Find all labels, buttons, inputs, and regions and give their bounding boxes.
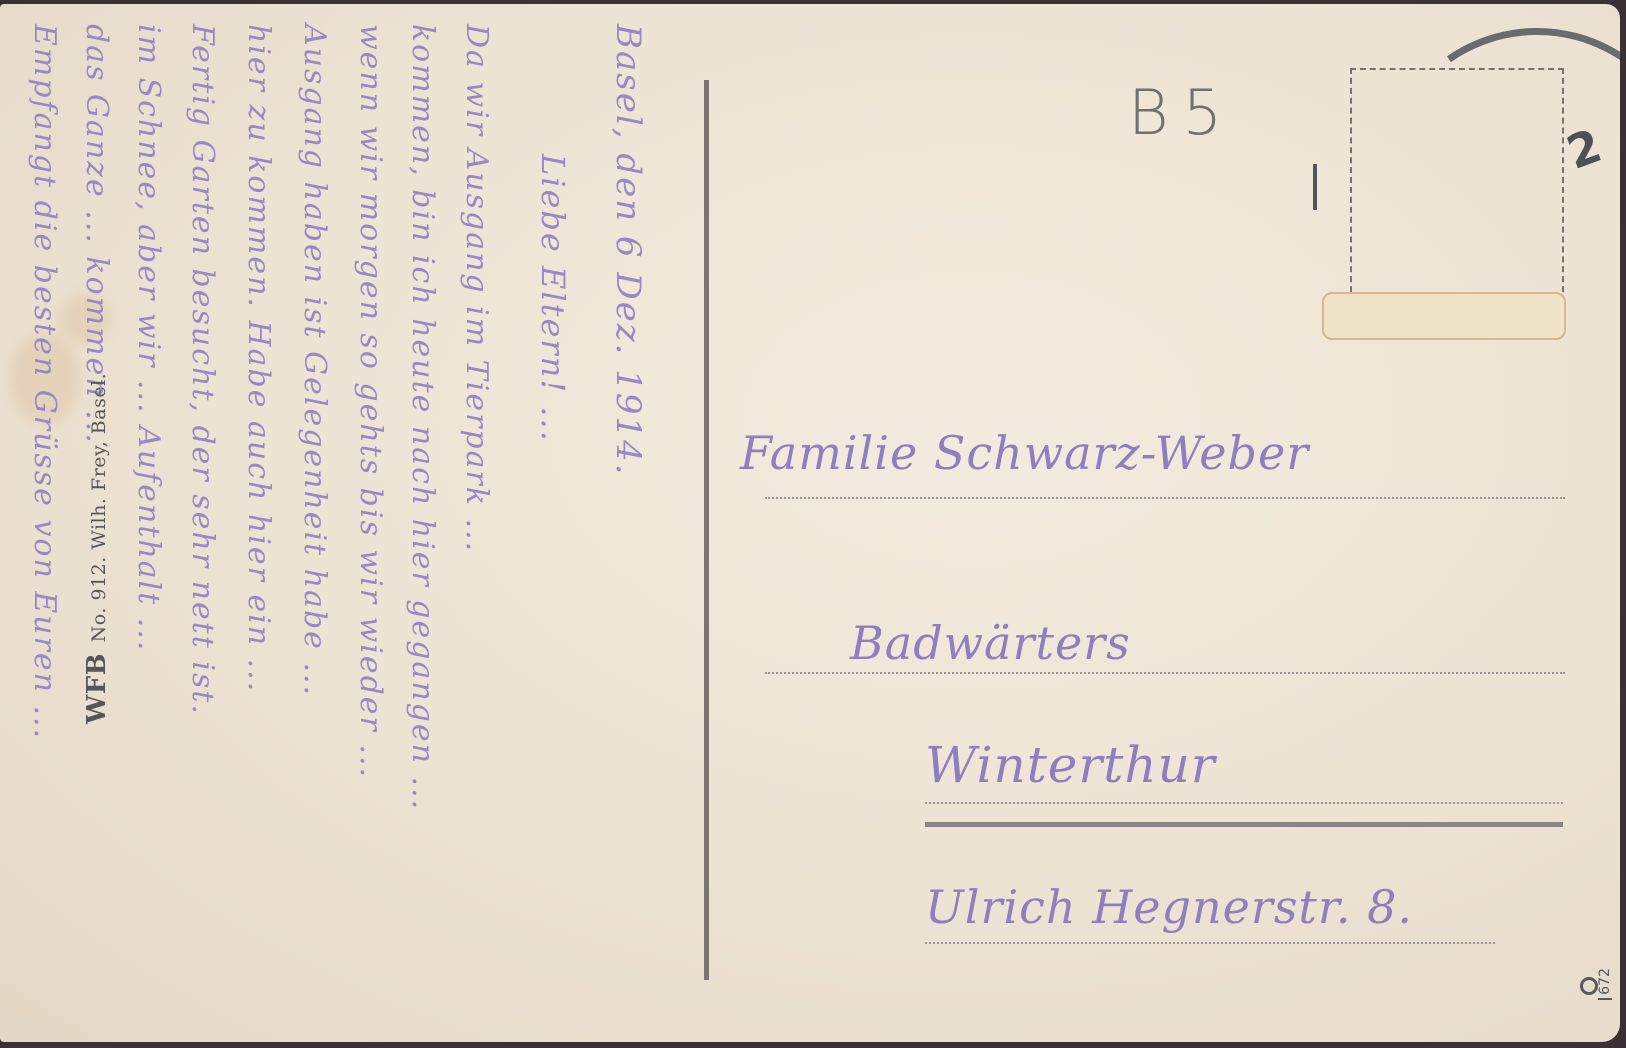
message-line: Da wir Ausgang im Tierpark ...: [459, 24, 494, 553]
message-line: Fertig Garten besucht, der sehr nett ist…: [185, 24, 220, 716]
postcard-back: Basel, den 6 Dez. 1914. Liebe Eltern! ..…: [0, 4, 1620, 1042]
message-line: hier zu kommen. Habe auch hier ein ...: [241, 24, 276, 693]
message-line: Ausgang haben ist Gelegenheit habe ...: [297, 24, 332, 697]
message-line: Empfangt die besten Grüsse von Euren ...: [27, 24, 62, 740]
address-rule: [925, 942, 1495, 944]
printer-imprint: WFB No. 912. Wilh. Frey, Basel.: [82, 373, 112, 724]
address-rule: [765, 497, 1565, 499]
pencil-note: B5: [1128, 76, 1236, 149]
message-line: wenn wir morgen so gehts bis wir wieder …: [353, 24, 388, 779]
message-line: kommen, bin ich heute nach hier gegangen…: [405, 24, 440, 811]
publisher-logo: WFB: [82, 653, 112, 724]
address-rule-solid: [925, 822, 1563, 827]
catalog-circle-icon: [1580, 977, 1598, 995]
message-dateline: Basel, den 6 Dez. 1914.: [608, 24, 648, 477]
message-line: Liebe Eltern! ...: [534, 154, 572, 443]
catalog-number: 672: [1598, 968, 1612, 1000]
catalog-mark: 672: [1580, 964, 1612, 1004]
address-line-2: Badwärters: [850, 616, 1131, 670]
address-line-1: Familie Schwarz-Weber: [740, 426, 1309, 480]
divider-line: [704, 80, 709, 980]
address-rule: [765, 672, 1565, 674]
address-line-3: Winterthur: [925, 736, 1216, 794]
message-line: im Schnee, aber wir ... Aufenthalt ...: [131, 24, 166, 652]
address-line-4: Ulrich Hegnerstr. 8.: [925, 880, 1413, 934]
address-rule: [925, 802, 1563, 804]
postmark-mark: [1313, 164, 1317, 210]
imprint-text: No. 912. Wilh. Frey, Basel.: [88, 373, 110, 643]
